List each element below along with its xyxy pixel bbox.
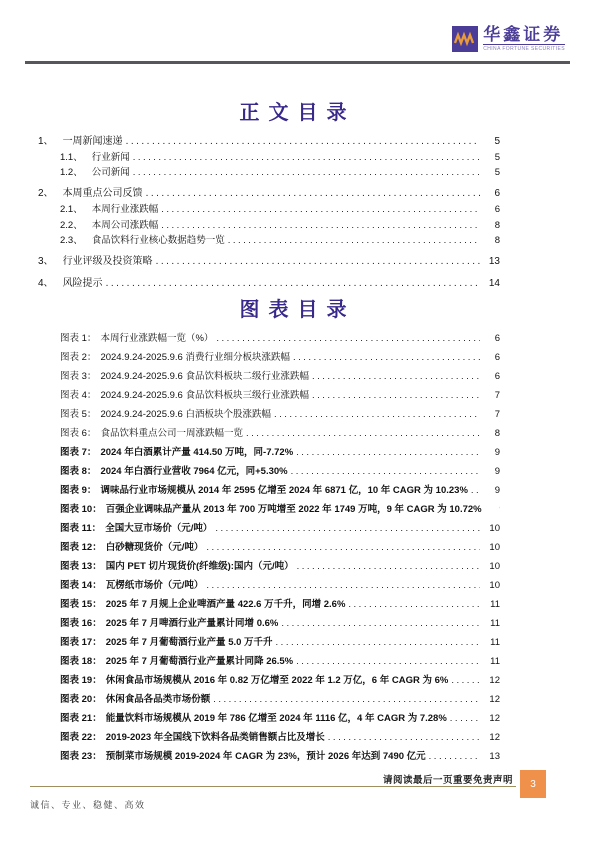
figure-entry-number: 图表 13：: [60, 558, 102, 572]
waveform-icon: [454, 30, 476, 48]
figure-entry-page: 13: [483, 751, 500, 762]
figure-entry: 图表 4：2024.9.24-2025.9.6 食品饮料板块三级行业涨跌幅...…: [60, 387, 500, 406]
toc-entry-page: 8: [483, 235, 500, 246]
dot-leader: ........................................…: [126, 136, 480, 147]
figure-entry-page: 6: [483, 371, 500, 382]
toc-entry: 1、一周新闻速递................................…: [38, 132, 500, 149]
dot-leader: ........................................…: [133, 152, 480, 163]
figure-entry-label: 全国大豆市场价（元/吨）: [105, 520, 212, 534]
toc-entry-number: 4、: [38, 274, 54, 289]
toc-list: 1、一周新闻速递................................…: [38, 132, 500, 291]
toc-entry-page: 13: [483, 256, 500, 267]
figure-entry-page: 11: [483, 599, 500, 610]
toc-entry-label: 行业评级及投资策略: [63, 252, 153, 267]
figure-entry-page: 9: [488, 504, 500, 515]
report-page: 华鑫证券 CHINA FORTUNE SECURITIES 正文目录 1、一周新…: [0, 0, 595, 841]
dot-leader: ........................................…: [348, 599, 480, 610]
figure-entry-page: 7: [483, 409, 500, 420]
figure-entry: 图表 11：全国大豆市场价（元/吨）......................…: [60, 520, 500, 539]
figure-entry-page: 12: [483, 694, 500, 705]
figure-entry-label: 瓦楞纸市场价（元/吨）: [106, 577, 204, 591]
figure-entry: 图表 22：2019-2023 年全国线下饮料各品类销售额占比及增长......…: [60, 729, 500, 748]
figure-entry-number: 图表 1：: [60, 330, 96, 344]
toc-entry: 4、风险提示..................................…: [38, 274, 500, 291]
brand-logo: 华鑫证券 CHINA FORTUNE SECURITIES: [452, 25, 565, 52]
dot-leader: ........................................…: [312, 371, 480, 382]
dot-leader: ........................................…: [213, 694, 480, 705]
figure-entry: 图表 12：白砂糖现货价（元/吨）.......................…: [60, 539, 500, 558]
figure-entry-number: 图表 23：: [60, 748, 102, 762]
toc-entry-page: 5: [483, 152, 500, 163]
figure-entry-page: 10: [483, 523, 500, 534]
dot-leader: ........................................…: [276, 637, 480, 648]
figure-entry-number: 图表 2：: [60, 349, 96, 363]
toc-entry: 1.1、行业新闻................................…: [38, 149, 500, 164]
dot-leader: ........................................…: [274, 409, 480, 420]
toc-entry: 2、本周重点公司反馈..............................…: [38, 184, 500, 201]
dot-leader: ........................................…: [133, 167, 480, 178]
figure-entry: 图表 23：预制菜市场规模 2019-2024 年 CAGR 为 23%，预计 …: [60, 748, 500, 767]
figure-entry-label: 2024.9.24-2025.9.6 白酒板块个股涨跌幅: [100, 406, 271, 420]
toc-entry: 2.2、本周公司涨跌幅.............................…: [38, 217, 500, 232]
figure-entry-number: 图表 8：: [60, 463, 96, 477]
figure-entry-page: 9: [483, 447, 500, 458]
toc-entry-number: 1、: [38, 132, 54, 147]
figure-entry-label: 2025 年 7 月啤酒行业产量累计同增 0.6%: [106, 615, 279, 629]
brand-name-cn: 华鑫证券: [483, 25, 565, 44]
figure-entry-label: 食品饮料重点公司一周涨跌幅一览: [100, 425, 243, 439]
toc-entry-number: 2、: [38, 184, 54, 199]
figure-entry-label: 白砂糖现货价（元/吨）: [106, 539, 204, 553]
toc-entry-number: 2.1、: [60, 201, 83, 215]
figure-entry-label: 能量饮料市场规模从 2019 年 786 亿增至 2024 年 1116 亿，4…: [106, 710, 447, 724]
dot-leader: ........................................…: [429, 751, 480, 762]
figure-entry-page: 6: [483, 333, 500, 344]
brand-logo-icon: [452, 26, 478, 52]
figure-entry: 图表 9：调味品行业市场规模从 2014 年 2595 亿增至 2024 年 6…: [60, 482, 500, 501]
toc-entry-label: 公司新闻: [92, 164, 130, 178]
figure-entry: 图表 15：2025 年 7 月规上企业啤酒产量 422.6 万千升，同增 2.…: [60, 596, 500, 615]
dot-leader: ........................................…: [146, 188, 480, 199]
toc-entry-page: 5: [483, 167, 500, 178]
figure-entry-page: 7: [483, 390, 500, 401]
figure-entry-number: 图表 12：: [60, 539, 102, 553]
figure-entry: 图表 1：本周行业涨跌幅一览（%）.......................…: [60, 330, 500, 349]
figure-entry-number: 图表 5：: [60, 406, 96, 420]
figure-entry-number: 图表 15：: [60, 596, 102, 610]
figure-entry: 图表 2：2024.9.24-2025.9.6 消费行业细分板块涨跌幅.....…: [60, 349, 500, 368]
brand-name-en: CHINA FORTUNE SECURITIES: [483, 44, 565, 52]
figure-entry-number: 图表 20：: [60, 691, 102, 705]
toc-entry: 2.1、本周行业涨跌幅.............................…: [38, 201, 500, 216]
figure-entry-page: 11: [483, 618, 500, 629]
dot-leader: ........................................…: [297, 561, 480, 572]
toc-entry: 2.3、食品饮料行业核心数据趋势一览......................…: [38, 232, 500, 247]
figure-entry: 图表 19：休闲食品市场规模从 2016 年 0.82 万亿增至 2022 年 …: [60, 672, 500, 691]
toc-entry-number: 1.1、: [60, 149, 83, 163]
figure-entry-page: 8: [483, 428, 500, 439]
figure-entry-label: 2024 年白酒累计产量 414.50 万吨，同-7.72%: [100, 444, 293, 458]
toc-entry: 1.2、公司新闻................................…: [38, 164, 500, 179]
dot-leader: ........................................…: [228, 235, 480, 246]
toc-title: 正文目录: [0, 96, 595, 125]
toc-entry-label: 风险提示: [63, 274, 103, 289]
figure-entry: 图表 10：百强企业调味品产量从 2013 年 700 万吨增至 2022 年 …: [60, 501, 500, 520]
figure-entry-page: 10: [483, 561, 500, 572]
dot-leader: ........................................…: [156, 256, 480, 267]
figure-entry-label: 调味品行业市场规模从 2014 年 2595 亿增至 2024 年 6871 亿…: [100, 482, 467, 496]
figure-entry-page: 12: [483, 732, 500, 743]
figure-entry-number: 图表 22：: [60, 729, 102, 743]
toc-entry-number: 3、: [38, 252, 54, 267]
toc-entry-page: 6: [483, 204, 500, 215]
figure-entry-number: 图表 9：: [60, 482, 96, 496]
toc-entry-number: 2.3、: [60, 232, 83, 246]
toc-entry: 3、行业评级及投资策略.............................…: [38, 252, 500, 269]
figure-entry-number: 图表 4：: [60, 387, 96, 401]
figure-entry-label: 休闲食品市场规模从 2016 年 0.82 万亿增至 2022 年 1.2 万亿…: [106, 672, 449, 686]
figure-entry-number: 图表 14：: [60, 577, 102, 591]
figure-entry-page: 9: [483, 485, 500, 496]
figure-entry-label: 国内 PET 切片现货价(纤维级):国内（元/吨）: [106, 558, 294, 572]
figure-entry-label: 本周行业涨跌幅一览（%）: [100, 330, 213, 344]
dot-leader: ........................................…: [291, 466, 480, 477]
dot-leader: ........................................…: [106, 278, 480, 289]
toc-entry-number: 2.2、: [60, 217, 83, 231]
figure-entry: 图表 18：2025 年 7 月葡萄酒行业产量累计同降 26.5%.......…: [60, 653, 500, 672]
figure-entry: 图表 17：2025 年 7 月葡萄酒行业产量 5.0 万千升.........…: [60, 634, 500, 653]
figure-entry: 图表 13：国内 PET 切片现货价(纤维级):国内（元/吨）.........…: [60, 558, 500, 577]
toc-entry-label: 本周公司涨跌幅: [92, 217, 159, 231]
dot-leader: ........................................…: [450, 713, 480, 724]
figure-entry-number: 图表 19：: [60, 672, 102, 686]
header-rule: [25, 61, 570, 64]
figure-entry: 图表 20：休闲食品各品类市场份额.......................…: [60, 691, 500, 710]
figure-entry-number: 图表 7：: [60, 444, 96, 458]
figure-entry: 图表 3：2024.9.24-2025.9.6 食品饮料板块二级行业涨跌幅...…: [60, 368, 500, 387]
dot-leader: ........................................…: [293, 352, 480, 363]
figure-entry-number: 图表 17：: [60, 634, 102, 648]
figure-entry: 图表 16：2025 年 7 月啤酒行业产量累计同增 0.6%.........…: [60, 615, 500, 634]
dot-leader: ........................................…: [328, 732, 480, 743]
figure-entry-label: 2024.9.24-2025.9.6 消费行业细分板块涨跌幅: [100, 349, 290, 363]
figure-entry-label: 2025 年 7 月葡萄酒行业产量 5.0 万千升: [106, 634, 273, 648]
figure-entry-page: 10: [483, 542, 500, 553]
figure-entry-label: 2025 年 7 月规上企业啤酒产量 422.6 万千升，同增 2.6%: [106, 596, 346, 610]
figure-entry-number: 图表 18：: [60, 653, 102, 667]
toc-entry-page: 6: [483, 188, 500, 199]
figure-entry-label: 2024 年白酒行业营收 7964 亿元，同+5.30%: [100, 463, 287, 477]
figure-entry: 图表 6：食品饮料重点公司一周涨跌幅一览....................…: [60, 425, 500, 444]
figure-entry-label: 2024.9.24-2025.9.6 食品饮料板块三级行业涨跌幅: [100, 387, 309, 401]
dot-leader: ........................................…: [206, 542, 480, 553]
toc-entry-label: 食品饮料行业核心数据趋势一览: [92, 232, 225, 246]
figure-entry-page: 12: [483, 713, 500, 724]
figure-entry-page: 12: [483, 675, 500, 686]
figure-entry-number: 图表 16：: [60, 615, 102, 629]
toc-entry-label: 本周行业涨跌幅: [92, 201, 159, 215]
footer-motto: 诚信、专业、稳健、高效: [30, 798, 146, 811]
figure-entry-page: 9: [483, 466, 500, 477]
figure-entry: 图表 21：能量饮料市场规模从 2019 年 786 亿增至 2024 年 11…: [60, 710, 500, 729]
dot-leader: ........................................…: [246, 428, 480, 439]
figure-entry: 图表 8：2024 年白酒行业营收 7964 亿元，同+5.30%.......…: [60, 463, 500, 482]
figure-entry: 图表 7：2024 年白酒累计产量 414.50 万吨，同-7.72%.....…: [60, 444, 500, 463]
figure-entry-page: 11: [483, 656, 500, 667]
dot-leader: ........................................…: [296, 447, 480, 458]
figure-entry: 图表 5：2024.9.24-2025.9.6 白酒板块个股涨跌幅.......…: [60, 406, 500, 425]
toc-entry-label: 一周新闻速递: [63, 132, 123, 147]
figure-entry-label: 休闲食品各品类市场份额: [106, 691, 211, 705]
figure-entry-number: 图表 6：: [60, 425, 96, 439]
toc-entry-page: 14: [483, 278, 500, 289]
figures-title: 图表目录: [0, 293, 595, 322]
figure-entry-number: 图表 11：: [60, 520, 101, 534]
figure-entry-label: 百强企业调味品产量从 2013 年 700 万吨增至 2022 年 1749 万…: [106, 501, 482, 515]
toc-entry-page: 5: [483, 136, 500, 147]
toc-entry-label: 本周重点公司反馈: [63, 184, 143, 199]
dot-leader: ........................................…: [216, 333, 480, 344]
dot-leader: ........................................…: [312, 390, 480, 401]
dot-leader: ........................................…: [471, 485, 480, 496]
toc-entry-page: 8: [483, 220, 500, 231]
figure-entry: 图表 14：瓦楞纸市场价（元/吨）.......................…: [60, 577, 500, 596]
dot-leader: ........................................…: [296, 656, 480, 667]
figure-entry-number: 图表 10：: [60, 501, 102, 515]
figure-entry-label: 2019-2023 年全国线下饮料各品类销售额占比及增长: [106, 729, 325, 743]
dot-leader: ........................................…: [215, 523, 480, 534]
figure-entry-label: 2025 年 7 月葡萄酒行业产量累计同降 26.5%: [106, 653, 293, 667]
figure-entry-number: 图表 3：: [60, 368, 96, 382]
toc-entry-label: 行业新闻: [92, 149, 130, 163]
figure-entry-label: 预制菜市场规模 2019-2024 年 CAGR 为 23%，预计 2026 年…: [106, 748, 426, 762]
footer-disclaimer: 请阅读最后一页重要免责声明: [383, 772, 513, 786]
figure-entry-label: 2024.9.24-2025.9.6 食品饮料板块二级行业涨跌幅: [100, 368, 309, 382]
toc-entry-number: 1.2、: [60, 164, 83, 178]
footer-rule: [30, 786, 516, 787]
figures-list: 图表 1：本周行业涨跌幅一览（%）.......................…: [60, 330, 500, 767]
figure-entry-page: 11: [483, 637, 500, 648]
dot-leader: ........................................…: [451, 675, 480, 686]
dot-leader: ........................................…: [281, 618, 480, 629]
figure-entry-page: 6: [483, 352, 500, 363]
figure-entry-number: 图表 21：: [60, 710, 102, 724]
dot-leader: ........................................…: [206, 580, 480, 591]
page-number-badge: 3: [520, 770, 546, 798]
dot-leader: ........................................…: [161, 204, 480, 215]
figure-entry-page: 10: [483, 580, 500, 591]
dot-leader: ........................................…: [161, 220, 480, 231]
